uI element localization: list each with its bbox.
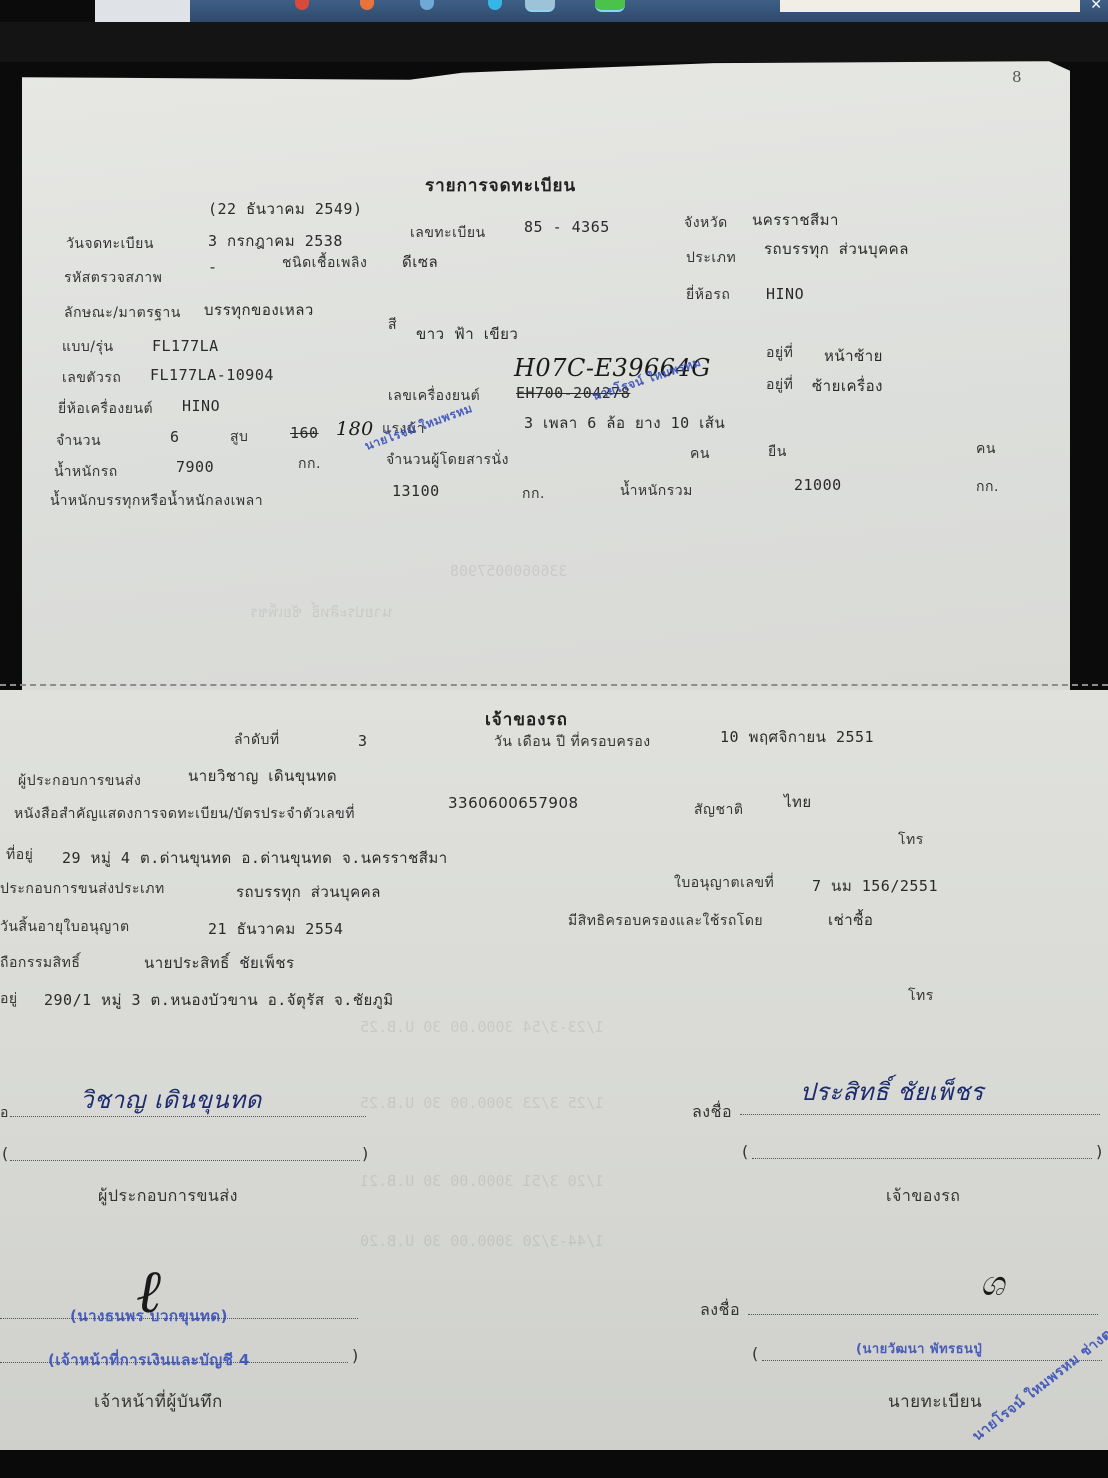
bleed-through-table: 1/44-3/20 3000.00 30 U.B.20	[360, 1232, 604, 1250]
operator-name-line	[10, 1160, 360, 1161]
registrar-sign-label: ลงชื่อ	[700, 1298, 740, 1323]
vehicle-weight-value: 7900	[176, 458, 214, 476]
inspection-code-label: รหัสตรวจสภาพ	[64, 267, 162, 289]
vehicle-type-value: รถบรรทุก ส่วนบุคคล	[764, 237, 909, 261]
owner-role: เจ้าของรถ	[886, 1184, 960, 1209]
cylinders-unit: สูบ	[230, 426, 248, 448]
plate-number-value: 85 - 4365	[524, 218, 610, 236]
bleed-through-text: นายประสิทธิ์ ชัยเพ็ชร	[250, 600, 393, 624]
vehicle-type-label: ประเภท	[686, 247, 736, 269]
open-paren: (	[2, 1144, 8, 1163]
possession-date-label: วัน เดือน ปี ที่ครอบครอง	[494, 731, 651, 753]
close-paren: )	[362, 1144, 368, 1163]
plate-number-label: เลขทะเบียน	[410, 222, 486, 244]
license-number-label: ใบอนุญาตเลขที่	[674, 872, 774, 894]
chassis-location-value: หน้าซ้าย	[824, 344, 883, 368]
model-value: FL177LA	[152, 337, 219, 355]
chrome-icon[interactable]	[488, 0, 502, 10]
standing-passengers-label: ยืน	[768, 441, 787, 463]
address-value: 29 หมู่ 4 ต.ด่านขุนทด อ.ด่านขุนทด จ.นครร…	[62, 846, 448, 870]
operator-value: นายวิชาญ เดินขุนทด	[188, 764, 337, 788]
operator-label: ผู้ประกอบการขนส่ง	[18, 770, 141, 792]
possession-right-label: มีสิทธิครอบครองและใช้รถโดย	[568, 910, 763, 932]
owner-sign-label: ลงชื่อ	[692, 1100, 732, 1125]
bleed-through-text: 3360600057908	[450, 562, 567, 580]
fuel-type-value: ดีเซล	[402, 250, 438, 274]
registration-date-label: วันจดทะเบียน	[66, 233, 154, 255]
close-paren: )	[1096, 1142, 1102, 1161]
engine-location-label: อยู่ที่	[766, 374, 793, 396]
order-label: ลำดับที่	[234, 729, 280, 751]
open-paren: (	[742, 1142, 748, 1161]
operator-signature: วิชาญ เดินขุนทด	[80, 1080, 262, 1119]
phone1-label: โทร	[898, 829, 924, 851]
gross-weight-unit: กก.	[976, 476, 999, 498]
registration-date-value: 3 กรกฎาคม 2538	[208, 229, 343, 253]
fuel-type-label: ชนิดเชื้อเพลิง	[282, 252, 367, 274]
license-number-value: 7 นม 156/2551	[812, 874, 938, 898]
operator-role: ผู้ประกอบการขนส่ง	[98, 1184, 238, 1209]
bleed-through-table: 1/23-3/54 3000.00 30 U.B.25	[360, 1018, 604, 1036]
vehicle-weight-label: น้ำหนักรถ	[54, 461, 118, 483]
line-icon[interactable]	[595, 0, 625, 12]
possession-date-value: 10 พฤศจิกายน 2551	[720, 725, 874, 749]
desk-background	[0, 1450, 1108, 1478]
owner-name-line	[752, 1158, 1092, 1159]
license-expiry-value: 21 ธันวาคม 2554	[208, 917, 343, 941]
load-weight-value: 13100	[392, 482, 440, 500]
active-app-icon[interactable]	[525, 0, 555, 12]
license-expiry-label: วันสิ้นอายุใบอนุญาต	[0, 916, 130, 938]
browser-icon[interactable]	[295, 0, 309, 10]
registrar-signature-mark: ශ	[980, 1264, 1005, 1304]
operator-sign-label: อ	[0, 1102, 9, 1124]
registrar-role: นายทะเบียน	[888, 1388, 982, 1415]
seated-passengers-unit: คน	[690, 443, 710, 465]
nationality-value: ไทย	[784, 790, 812, 814]
recorder-signature-mark: ℓ	[136, 1262, 162, 1322]
chassis-number-label: เลขตัวรถ	[62, 367, 121, 389]
vehicle-weight-unit: กก.	[298, 453, 321, 475]
registrar-name-line	[762, 1360, 1102, 1361]
bleed-through-table: 1/20 3/51 3000.00 30 U.B.21	[360, 1172, 604, 1190]
page-number: 8	[1012, 68, 1022, 86]
inspection-code-value: -	[208, 258, 218, 276]
gross-weight-value: 21000	[794, 476, 842, 494]
firefox-icon[interactable]	[360, 0, 374, 10]
engine-brand-label: ยี่ห้อเครื่องยนต์	[58, 398, 153, 420]
owner-title: เจ้าของรถ	[485, 706, 568, 733]
id-document-value: 3360600657908	[448, 794, 579, 812]
notification-panel	[780, 0, 1080, 12]
brand-value: HINO	[766, 285, 804, 303]
nationality-label: สัญชาติ	[694, 799, 743, 821]
phone2-label: โทร	[908, 985, 934, 1007]
holder-address-label: อยู่	[0, 988, 18, 1010]
owner-signature: ประสิทธิ์ ชัยเพ็ชร	[800, 1072, 984, 1111]
color-value: ขาว ฟ้า เขียว	[416, 322, 518, 346]
operation-type-value: รถบรรทุก ส่วนบุคคล	[236, 880, 381, 904]
open-paren: (	[752, 1344, 758, 1363]
possession-right-value: เช่าซื้อ	[828, 908, 873, 932]
os-taskbar: ✕	[95, 0, 1108, 22]
close-icon[interactable]: ✕	[1090, 0, 1102, 13]
registrar-sign-line	[748, 1314, 1098, 1315]
brand-label: ยี่ห้อรถ	[686, 284, 730, 306]
province-label: จังหวัด	[684, 212, 728, 234]
order-value: 3	[358, 732, 368, 750]
gross-weight-label: น้ำหนักรวม	[620, 480, 693, 502]
id-document-label: หนังสือสำคัญแสดงการจดทะเบียน/บัตรประจำตั…	[14, 803, 355, 825]
engine-brand-value: HINO	[182, 397, 220, 415]
cylinders-label: จำนวน	[56, 430, 101, 452]
cylinders-value: 6	[170, 428, 180, 446]
load-weight-label: น้ำหนักบรรทุกหรือน้ำหนักลงเพลา	[50, 490, 263, 512]
close-paren: )	[352, 1346, 358, 1365]
bleed-through-table: 1/25 3/23 3000.00 30 U.B.25	[360, 1094, 604, 1112]
folder-icon[interactable]	[420, 0, 434, 10]
province-value: นครราชสีมา	[752, 208, 839, 232]
horsepower-old: 160	[290, 424, 319, 442]
taskbar-left-area	[95, 0, 190, 22]
title-holder-label: ถือกรรมสิทธิ์	[0, 952, 80, 974]
seated-passengers-label: จำนวนผู้โดยสารนั่ง	[386, 449, 509, 471]
registration-title: รายการจดทะเบียน	[425, 172, 576, 199]
address-label: ที่อยู่	[6, 844, 33, 866]
revision-date: (22 ธันวาคม 2549)	[208, 197, 362, 221]
standing-passengers-unit: คน	[976, 438, 996, 460]
recorder-title-stamp: (เจ้าหน้าที่การเงินและบัญชี 4	[48, 1348, 250, 1372]
color-label: สี	[388, 314, 397, 336]
characteristic-label: ลักษณะ/มาตรฐาน	[64, 302, 181, 324]
chassis-location-label: อยู่ที่	[766, 342, 793, 364]
model-label: แบบ/รุ่น	[62, 336, 114, 358]
holder-address-value: 290/1 หมู่ 3 ต.หนองบัวขาน อ.จัตุรัส จ.ชั…	[44, 988, 394, 1012]
owner-sign-line	[740, 1114, 1100, 1115]
engine-location-value: ซ้ายเครื่อง	[812, 374, 883, 398]
title-holder-value: นายประสิทธิ์ ชัยเพ็ชร	[144, 951, 295, 975]
axles-wheels-value: 3 เพลา 6 ล้อ ยาง 10 เส้น	[524, 411, 725, 435]
chassis-number-value: FL177LA-10904	[150, 366, 274, 384]
characteristic-value: บรรทุกของเหลว	[204, 298, 314, 322]
registrar-name-stamp: (นายวัฒนา พัทรธนปู่	[856, 1338, 982, 1359]
monitor-bezel	[0, 22, 1108, 62]
load-weight-unit: กก.	[522, 483, 545, 505]
recorder-role: เจ้าหน้าที่ผู้บันทึก	[94, 1388, 223, 1415]
operation-type-label: ประกอบการขนส่งประเภท	[0, 878, 165, 900]
